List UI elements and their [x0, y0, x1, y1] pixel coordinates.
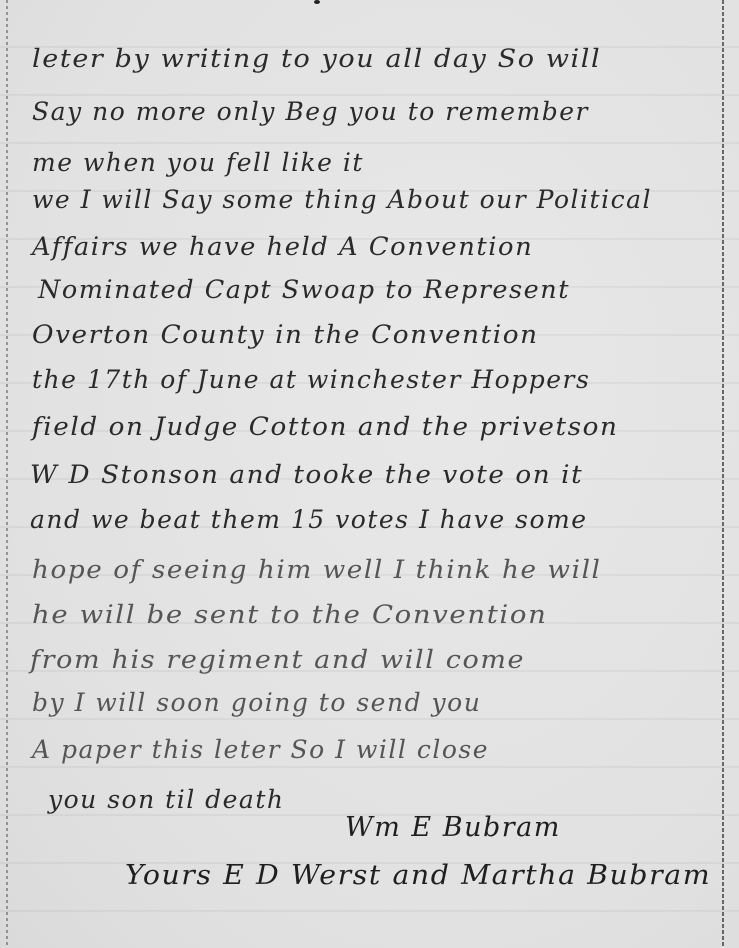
body-line: field on Judge Cotton and the privetson	[32, 412, 619, 441]
body-line: the 17th of June at winchester Hoppers	[32, 365, 590, 394]
body-line: Nominated Capt Swoap to Represent	[38, 275, 570, 304]
body-line: from his regiment and will come	[30, 645, 525, 674]
signature: Yours E D Werst and Martha Bubram	[125, 860, 711, 891]
body-line: A paper this leter So I will close	[32, 735, 489, 764]
body-line: you son til death	[48, 785, 285, 814]
letter-page: leter by writing to you all day So will …	[0, 0, 739, 948]
left-margin-rule	[6, 0, 8, 948]
body-line: by I will soon going to send you	[32, 688, 481, 717]
body-line: we I will Say some thing About our Polit…	[32, 185, 652, 214]
body-line: Affairs we have held A Convention	[32, 232, 533, 261]
body-line: me when you fell like it	[32, 148, 364, 177]
body-line: and we beat them 15 votes I have some	[30, 505, 588, 534]
body-line: he will be sent to the Convention	[32, 600, 547, 629]
body-line: leter by writing to you all day So will	[32, 44, 601, 73]
body-line: W D Stonson and tooke the vote on it	[30, 460, 583, 489]
signature: Wm E Bubram	[345, 812, 561, 843]
body-line: hope of seeing him well I think he will	[32, 555, 602, 584]
right-margin-rule	[722, 0, 724, 948]
body-line: Overton County in the Convention	[32, 320, 539, 349]
ink-blot	[314, 0, 320, 4]
body-line: Say no more only Beg you to remember	[32, 97, 589, 126]
